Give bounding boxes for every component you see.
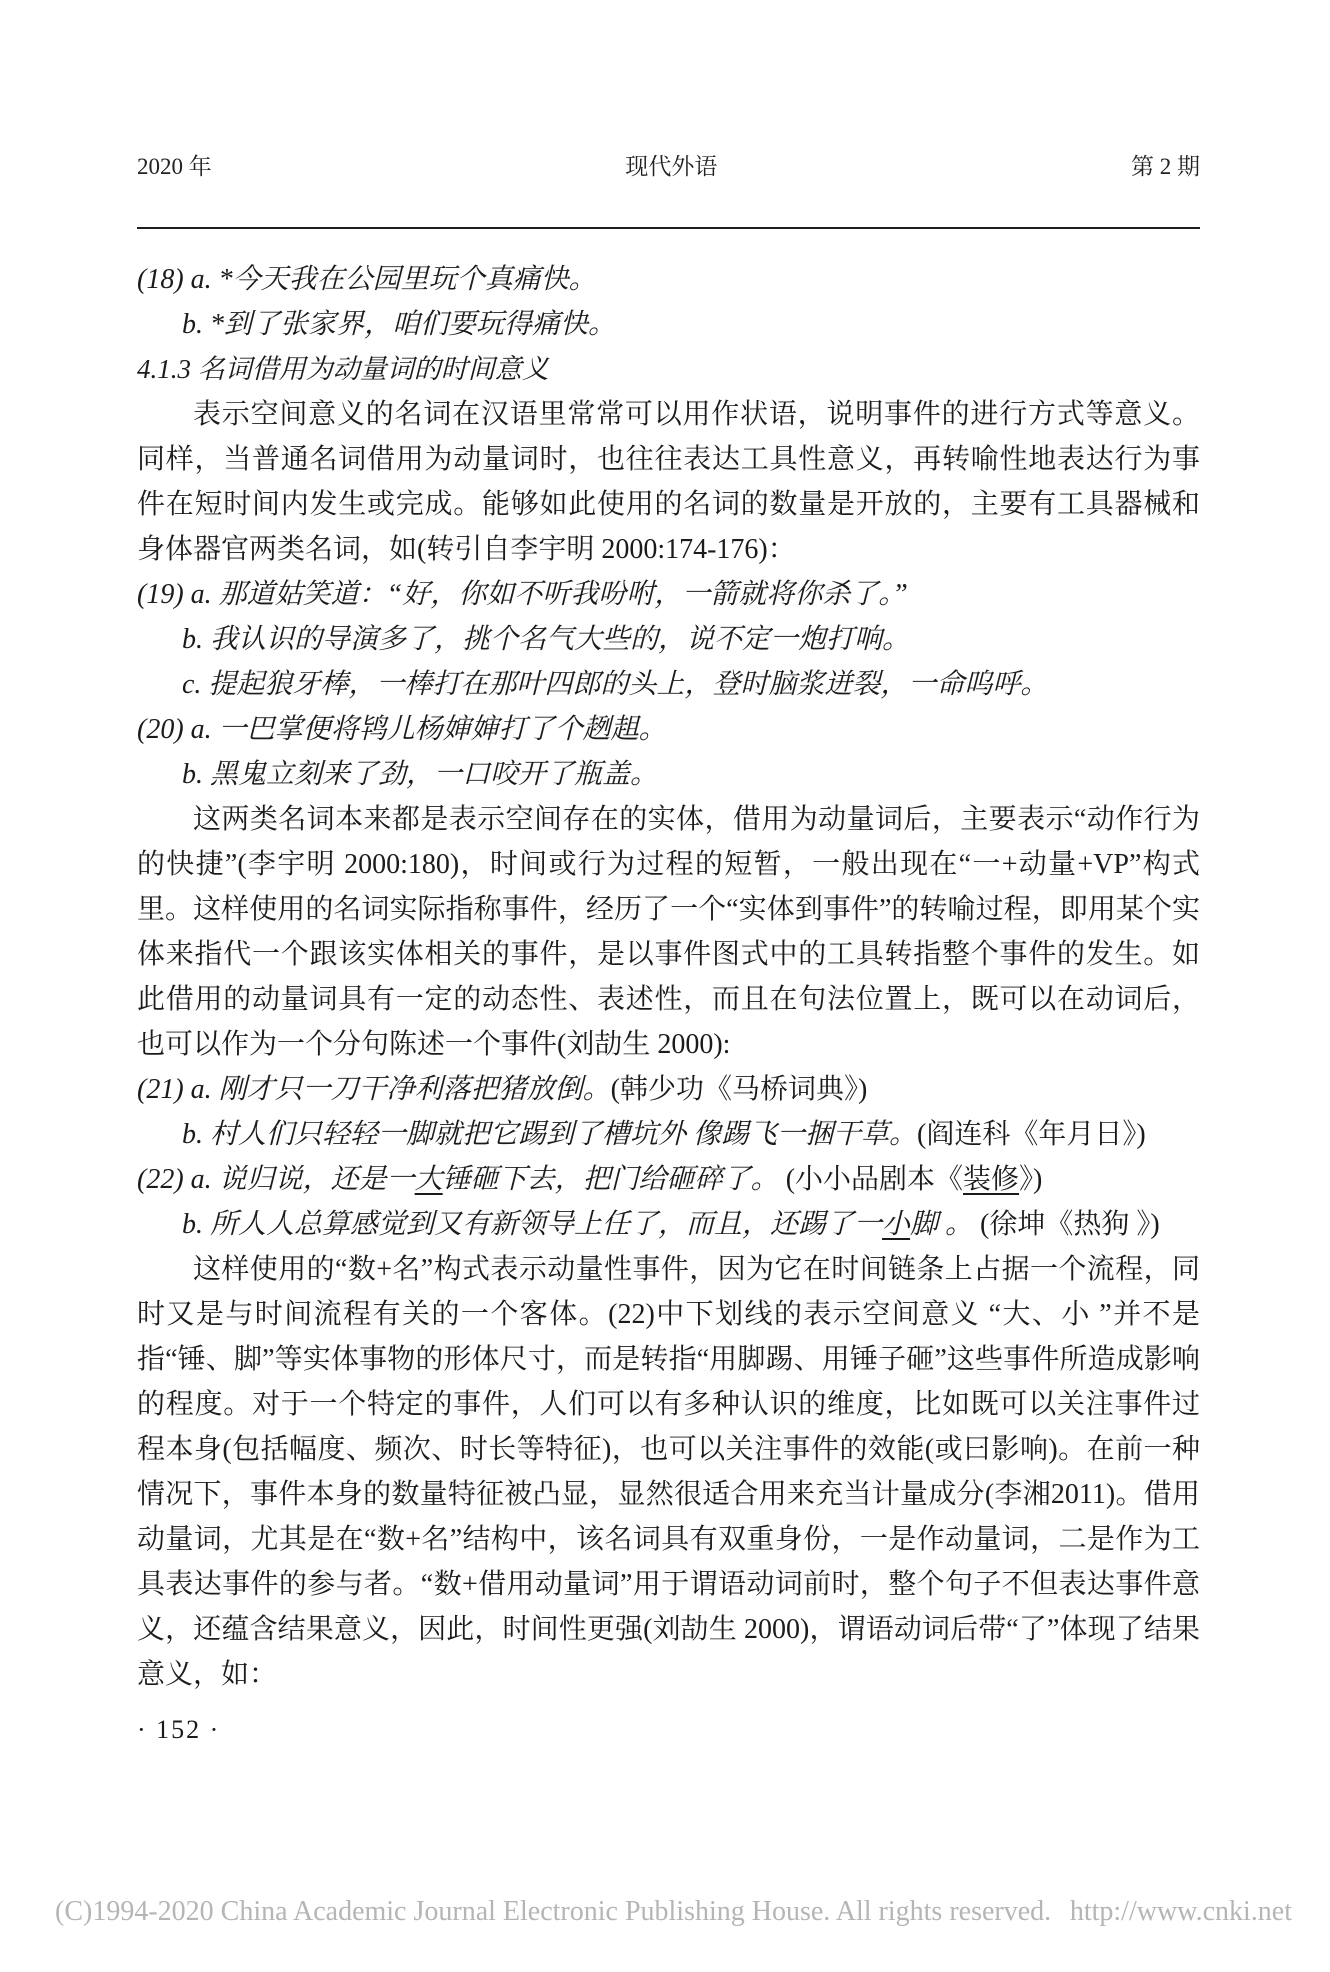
- paragraph-3: 这样使用的“数+名”构式表示动量性事件，因为它在时间链条上占据一个流程，同时又是…: [137, 1247, 1200, 1697]
- example-22b-citation: (徐坤《热狗 》): [980, 1209, 1160, 1240]
- example-22b-underlined-xiao: 小: [882, 1209, 910, 1240]
- paragraph-2: 这两类名词本来都是表示空间存在的实体，借用为动量词后，主要表示“动作行为的快捷”…: [137, 797, 1200, 1067]
- example-19a: (19) a. 那道姑笑道：“好，你如不听我吩咐，一箭就将你杀了。”: [137, 572, 1200, 617]
- example-19c: c. 提起狼牙棒，一棒打在那叶四郎的头上，登时脑浆迸裂，一命呜呼。: [137, 662, 1200, 707]
- example-21b: b. 村人们只轻轻一脚就把它踢到了槽坑外 像踢飞一捆干草。(阎连科《年月日》): [137, 1112, 1200, 1157]
- copyright-footer: (C)1994-2020 China Academic Journal Elec…: [55, 1896, 1292, 1928]
- header-journal-title: 现代外语: [625, 148, 717, 181]
- header-divider: [137, 227, 1200, 229]
- header-issue: 第 2 期: [1131, 148, 1200, 181]
- example-22a-citation-part2: 》): [1019, 1164, 1042, 1195]
- example-21a-citation: (韩少功《马桥词典》): [611, 1074, 868, 1105]
- example-18b: b. *到了张家界，咱们要玩得痛快。: [137, 302, 1200, 347]
- example-20b: b. 黑鬼立刻来了劲，一口咬开了瓶盖。: [137, 752, 1200, 797]
- example-22a-part1: (22) a. 说归说，还是一: [137, 1164, 415, 1195]
- article-body: (18) a. *今天我在公园里玩个真痛快。 b. *到了张家界，咱们要玩得痛快…: [137, 257, 1200, 1752]
- example-22a-underlined-da: 大: [415, 1164, 443, 1195]
- cnki-url: http://www.cnki.net: [1070, 1896, 1292, 1928]
- example-20a: (20) a. 一巴掌便将鸨儿杨婶婶打了个趔趄。: [137, 707, 1200, 752]
- page-content: 2020 年 现代外语 第 2 期 (18) a. *今天我在公园里玩个真痛快。…: [137, 148, 1200, 1752]
- example-21b-citation: (阎连科《年月日》): [917, 1119, 1146, 1150]
- running-header: 2020 年 现代外语 第 2 期: [137, 148, 1200, 181]
- copyright-text: (C)1994-2020 China Academic Journal Elec…: [55, 1896, 1051, 1928]
- example-22b-part2: 脚 。: [910, 1209, 980, 1240]
- section-heading: 4.1.3 名词借用为动量词的时间意义: [137, 347, 1200, 392]
- example-22a-part2: 锤砸下去，把门给砸碎了。: [443, 1164, 786, 1195]
- example-21b-sentence: b. 村人们只轻轻一脚就把它踢到了槽坑外 像踢飞一捆干草。: [182, 1119, 917, 1150]
- example-21a-sentence: (21) a. 刚才只一刀干净利落把猪放倒。: [137, 1074, 611, 1105]
- example-21a: (21) a. 刚才只一刀干净利落把猪放倒。(韩少功《马桥词典》): [137, 1067, 1200, 1112]
- example-22a: (22) a. 说归说，还是一大锤砸下去，把门给砸碎了。 (小小品剧本《装修》): [137, 1157, 1200, 1202]
- example-22b-part1: b. 所人人总算感觉到又有新领导上任了，而且，还踢了一: [182, 1209, 882, 1240]
- example-22b: b. 所人人总算感觉到又有新领导上任了，而且，还踢了一小脚 。 (徐坤《热狗 》…: [137, 1202, 1200, 1247]
- example-22a-citation-title: 装修: [963, 1164, 1019, 1195]
- journal-page: 2020 年 现代外语 第 2 期 (18) a. *今天我在公园里玩个真痛快。…: [0, 0, 1330, 1972]
- page-number: · 152 ·: [137, 1707, 1200, 1752]
- paragraph-1: 表示空间意义的名词在汉语里常常可以用作状语，说明事件的进行方式等意义。同样，当普…: [137, 392, 1200, 572]
- example-18a: (18) a. *今天我在公园里玩个真痛快。: [137, 257, 1200, 302]
- header-year: 2020 年: [137, 148, 212, 181]
- example-22a-citation-part1: (小小品剧本《: [786, 1164, 963, 1195]
- example-19b: b. 我认识的导演多了，挑个名气大些的，说不定一炮打响。: [137, 617, 1200, 662]
